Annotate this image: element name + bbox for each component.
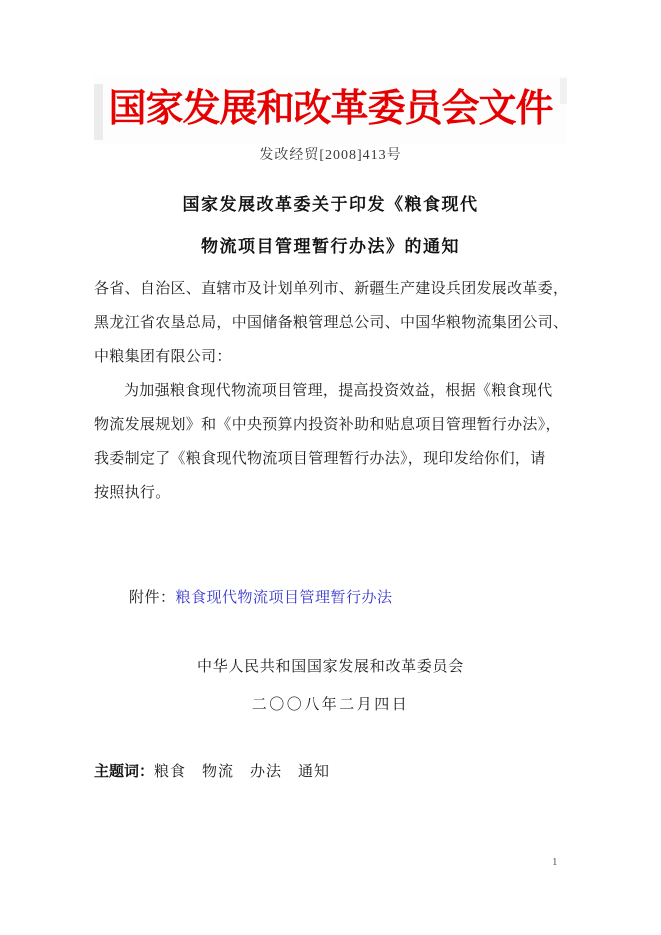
document-title: 国家发展改革委关于印发《粮食现代 物流项目管理暂行办法》的通知 <box>0 184 661 268</box>
attachment-line: 附件：粮食现代物流项目管理暂行办法 <box>129 581 393 615</box>
issuing-organization: 中华人民共和国国家发展和改革委员会 <box>0 650 661 684</box>
recipients-paragraph: 各省、自治区、直辖市及计划单列市、新疆生产建设兵团发展改革委， 黑龙江省农垦总局… <box>94 272 570 374</box>
red-header-banner: 国家发展和改革委员会文件 <box>94 76 567 144</box>
agency-banner-title: 国家发展和改革委员会文件 <box>108 78 552 138</box>
document-title-line-2: 物流项目管理暂行办法》的通知 <box>0 226 661 268</box>
keywords-label: 主题词： <box>94 763 154 780</box>
scan-artifact-right <box>560 78 567 104</box>
main-paragraph: 为加强粮食现代物流项目管理，提高投资效益，根据《粮食现代 物流发展规划》和《中央… <box>94 374 570 510</box>
page-number: 1 <box>552 856 558 868</box>
scan-artifact-left <box>94 84 103 140</box>
keywords-line: 主题词：粮食 物流 办法 通知 <box>94 755 330 789</box>
document-title-line-1: 国家发展改革委关于印发《粮食现代 <box>0 184 661 226</box>
keywords-items: 粮食 物流 办法 通知 <box>154 764 330 780</box>
attachment-link[interactable]: 粮食现代物流项目管理暂行办法 <box>176 590 393 606</box>
attachment-label: 附件： <box>129 590 176 606</box>
issue-date: 二〇〇八年二月四日 <box>0 688 661 722</box>
document-page: 国家发展和改革委员会文件 发改经贸[2008]413号 国家发展改革委关于印发《… <box>0 0 661 935</box>
document-number: 发改经贸[2008]413号 <box>0 144 661 164</box>
